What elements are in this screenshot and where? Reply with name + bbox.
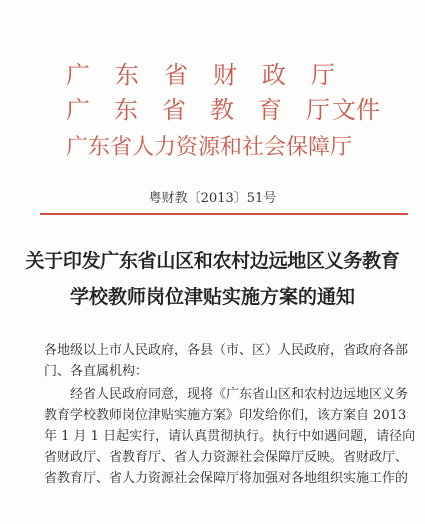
header-char: 省: [162, 97, 210, 123]
issuer-line-hr-dept: 广东省人力资源和社会保障厅: [66, 135, 352, 161]
addressee-block: 各地级以上市人民政府，各县（市、区）人民政府，省政府各部 门、各直属机构：: [44, 340, 399, 382]
header-char: 省: [164, 62, 213, 88]
document-title-line-2: 学校教师岗位津贴实施方案的通知: [0, 282, 425, 309]
header-char: 厅: [311, 62, 360, 88]
red-divider-rule: [40, 213, 408, 215]
addressee-line: 门、各直属机构：: [44, 361, 399, 382]
header-char: 教: [210, 97, 258, 123]
header-char: 育: [258, 97, 306, 123]
paragraph-line: 省教育厅、省人力资源社会保障厅将加强对各地组织实施工作的: [44, 468, 399, 489]
header-char: 广: [66, 62, 115, 88]
paragraph-line: 教育学校教师岗位津贴实施方案》印发给你们，该方案自 2013: [44, 405, 399, 426]
paragraph-line: 年 1 月 1 日起实行，请认真贯彻执行。执行中如遇问题，请径向: [44, 426, 399, 447]
header-char: 政: [262, 62, 311, 88]
issuer-line-education-dept: 广东省教育厅文件: [66, 97, 380, 123]
addressee-line: 各地级以上市人民政府，各县（市、区）人民政府，省政府各部: [44, 340, 399, 361]
body-paragraph: 经省人民政府同意，现将《广东省山区和农村边远地区义务 教育学校教师岗位津贴实施方…: [44, 384, 399, 489]
paragraph-line: 省财政厅、省教育厅、省人力资源社会保障厅反映。省财政厅、: [44, 447, 399, 468]
paragraph-line: 经省人民政府同意，现将《广东省山区和农村边远地区义务: [44, 384, 399, 405]
header-char: 东: [114, 97, 162, 123]
document-title-line-1: 关于印发广东省山区和农村边远地区义务教育: [0, 246, 425, 273]
header-char: 东: [115, 62, 164, 88]
header-document-suffix: 文件: [332, 97, 380, 123]
header-char: 财: [213, 62, 262, 88]
header-char: 广: [66, 97, 114, 123]
header-char: 厅: [306, 97, 332, 123]
document-number: 粤财教〔2013〕51号: [0, 187, 425, 206]
issuer-line-finance-dept: 广东省财政厅: [66, 62, 360, 88]
